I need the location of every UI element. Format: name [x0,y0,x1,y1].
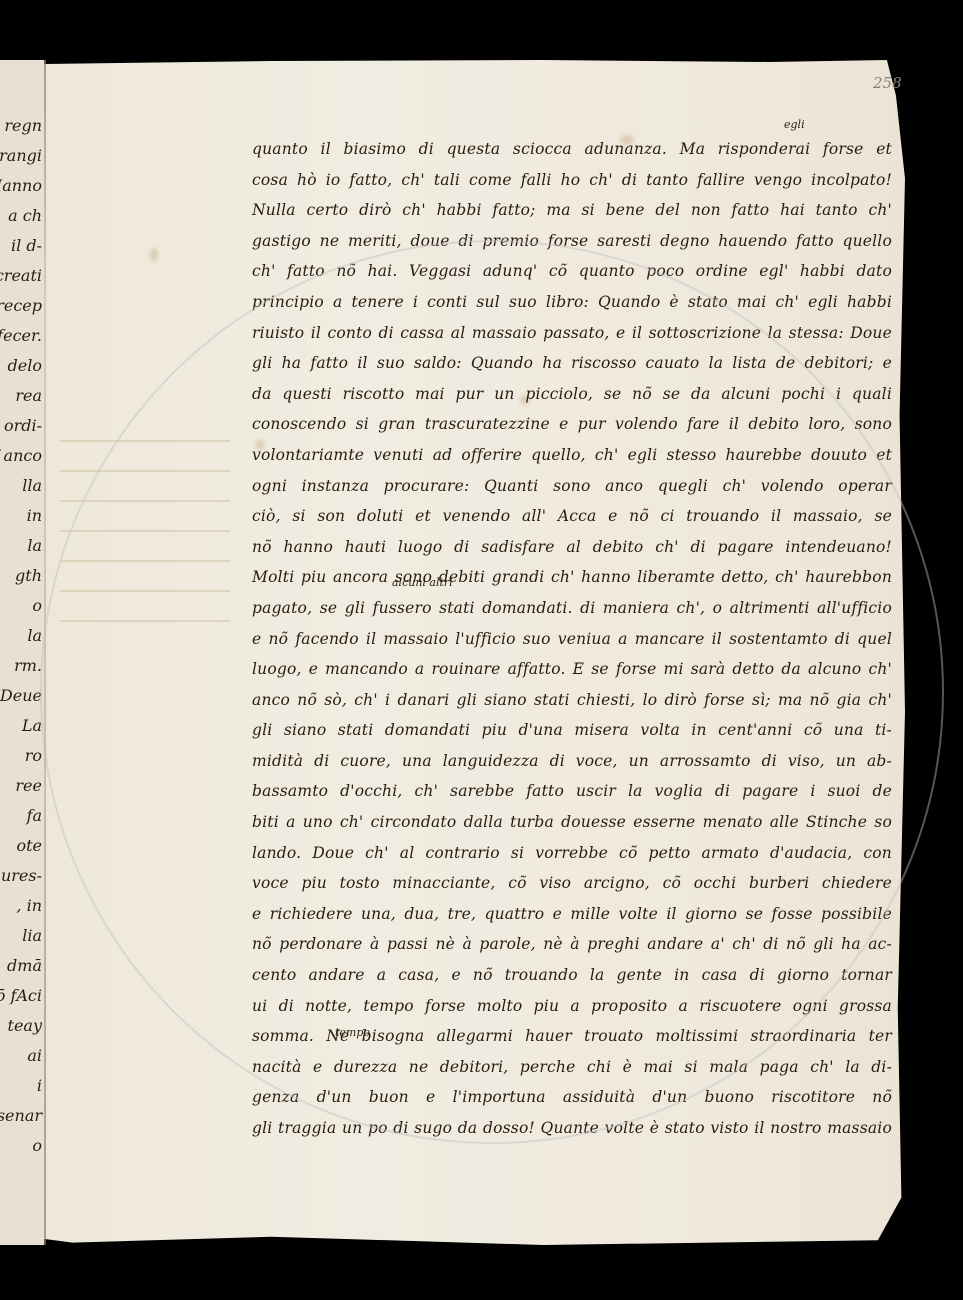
manuscript-line: lando. Doue ch' al contrario si vorrebbe… [252,838,892,869]
ink-bleed [60,620,230,622]
left-page-fragment: fa [27,806,42,825]
manuscript-line: genza d'un buon e l'importuna assiduità … [252,1082,892,1113]
ink-bleed [60,500,230,502]
manuscript-line: ui di notte, tempo forse molto piu a pro… [252,991,892,1022]
left-page-fragment: La [22,716,42,735]
ink-bleed [60,470,230,472]
left-page-fragment: ai [27,1046,42,1065]
manuscript-line: gli ha fatto il suo saldo: Quando ha ris… [252,348,892,379]
ink-bleed [60,530,230,532]
manuscript-line: riuisto il conto di cassa al massaio pas… [252,318,892,349]
left-page-fragment: ō fAci [0,986,42,1005]
interlinear-note: alcuni altri [392,576,453,589]
manuscript-line: nõ perdonare à passi nè à parole, nè à p… [252,929,892,960]
interlinear-note: tempo [335,1026,370,1039]
left-page-fragment: ffecer. [0,326,42,345]
left-page-fragment: Deue [0,686,42,705]
manuscript-line: da questi riscotto mai pur un picciolo, … [252,379,892,410]
left-page-fragment: ree [15,776,42,795]
manuscript-line: gastigo ne meriti, doue di premio forse … [252,226,892,257]
manuscript-line: nacità e durezza ne debitori, perche chi… [252,1052,892,1083]
manuscript-line: ch' fatto nõ hai. Veggasi adunq' cõ quan… [252,256,892,287]
left-page-fragment: recep [0,296,42,315]
left-page-fragment: o [32,1136,42,1155]
manuscript-line: gli traggia un po di sugo da dosso! Quan… [252,1113,892,1144]
manuscript-line: conoscendo si gran trascuratezzine e pur… [252,409,892,440]
ink-bleed [60,440,230,442]
manuscript-line: principio a tenere i conti sul suo libro… [252,287,892,318]
left-page-fragment: il d- [11,236,42,255]
left-page-fragment: in [27,506,42,525]
left-page-fragment: delo [8,356,42,375]
manuscript-line: volontariamte venuti ad offerire quello,… [252,440,892,471]
left-page-fragment: i [37,1076,42,1095]
manuscript-line: cosa hò io fatto, ch' tali come falli ho… [252,165,892,196]
page-fold [44,60,46,1245]
left-page-fragment: la [27,536,42,555]
ink-stain [150,248,158,262]
interlinear-note: egli [784,118,805,131]
left-page-fragment: rea [15,386,42,405]
left-page-fragment: lla [22,476,42,495]
left-page-fragment: ro [25,746,42,765]
manuscript-line: Molti piu ancora sono debiti grandi ch' … [252,562,892,593]
manuscript-text: quanto il biasimo di questa sciocca adun… [252,134,892,1144]
manuscript-line: ciò, si son doluti et venendo all' Acca … [252,501,892,532]
manuscript-line: quanto il biasimo di questa sciocca adun… [252,134,892,165]
left-page-fragment: a ch [8,206,42,225]
left-page-fragment: f anco [0,446,42,465]
left-page-fragment: ures- [1,866,42,885]
left-page-fragment: ote [16,836,42,855]
left-page-fragment: dmā [7,956,42,975]
ink-bleed [60,560,230,562]
manuscript-line: anco nõ sò, ch' i danari gli siano stati… [252,685,892,716]
left-page-fragment: rm. [14,656,42,675]
left-page-fragment: la [27,626,42,645]
left-page-fragment: Ianno [0,176,42,195]
left-page-fragment: regn [4,116,42,135]
manuscript-line: voce piu tosto minacciante, cõ viso arci… [252,868,892,899]
manuscript-line: ogni instanza procurare: Quanti sono anc… [252,471,892,502]
left-page-fragment: o [32,596,42,615]
manuscript-line: bassamto d'occhi, ch' sarebbe fatto usci… [252,776,892,807]
manuscript-line: e nõ facendo il massaio l'ufficio suo ve… [252,624,892,655]
manuscript-line: luogo, e mancando a rouinare affatto. E … [252,654,892,685]
manuscript-line: biti a uno ch' circondato dalla turba do… [252,807,892,838]
left-page-fragment: ordi- [4,416,42,435]
manuscript-line: midità di cuore, una languidezza di voce… [252,746,892,777]
left-page-fragment: senar [0,1106,42,1125]
ink-bleed [60,590,230,592]
manuscript-line: Nulla certo dirò ch' habbi fatto; ma si … [252,195,892,226]
left-page-fragment: creati [0,266,42,285]
manuscript-scan: regnrangiIannoa chil d-creatirecepffecer… [0,0,963,1300]
manuscript-line: gli siano stati domandati piu d'una mise… [252,715,892,746]
left-page-fragment: teay [8,1016,42,1035]
left-page-fragment: rangi [0,146,42,165]
left-page-fragment: lia [22,926,42,945]
manuscript-line: e richiedere una, dua, tre, quattro e mi… [252,899,892,930]
folio-number: 258 [873,74,902,92]
left-page-fragment: gth [15,566,42,585]
manuscript-line: pagato, se gli fussero stati domandati. … [252,593,892,624]
left-page-margin: regnrangiIannoa chil d-creatirecepffecer… [0,60,44,1245]
left-page-fragment: , in [16,896,42,915]
manuscript-line: nõ hanno hauti luogo di sadisfare al deb… [252,532,892,563]
manuscript-line: cento andare a casa, e nõ trouando la ge… [252,960,892,991]
